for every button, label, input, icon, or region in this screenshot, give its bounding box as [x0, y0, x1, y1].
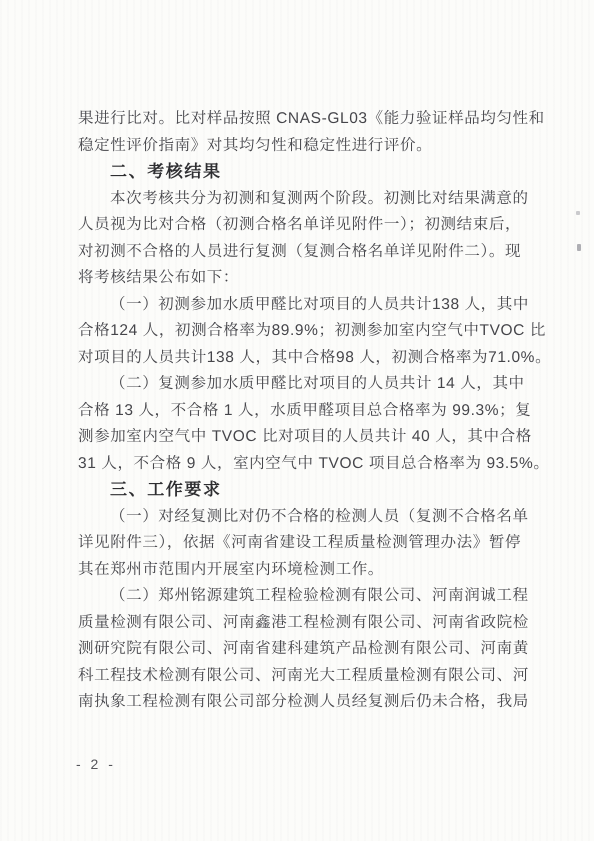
- text-line-2: 稳定性评价指南》对其均匀性和稳定性进行评价。: [78, 133, 540, 160]
- text-line-8: （一）初测参加水质甲醛比对项目的人员共计138 人，其中: [78, 292, 540, 319]
- text-line-21: 测研究院有限公司、河南省建科建筑产品检测有限公司、河南黄: [78, 636, 540, 663]
- scan-artifact: [576, 211, 580, 215]
- text-line-14: 31 人，不合格 9 人，室内空气中 TVOC 项目总合格率为 93.5%。: [78, 451, 540, 478]
- scan-artifact: [577, 244, 581, 251]
- text-line-23: 南执象工程检测有限公司部分检测人员经复测后仍未合格，我局: [78, 689, 540, 716]
- document-body: 果进行比对。比对样品按照 CNAS-GL03《能力验证样品均匀性和稳定性评价指南…: [78, 106, 540, 716]
- text-line-1: 果进行比对。比对样品按照 CNAS-GL03《能力验证样品均匀性和: [78, 106, 540, 133]
- text-line-5: 人员视为比对合格（初测合格名单详见附件一）；初测结束后，: [78, 212, 540, 239]
- section-heading: 二、考核结果: [78, 159, 540, 186]
- text-line-18: 其在郑州市范围内开展室内环境检测工作。: [78, 557, 540, 584]
- text-line-10: 对项目的人员共计138 人，其中合格98 人，初测合格率为71.0%。: [78, 345, 540, 372]
- section-heading: 三、工作要求: [78, 477, 540, 504]
- text-line-20: 质量检测有限公司、河南鑫港工程检测有限公司、河南省政院检: [78, 610, 540, 637]
- page-number: - 2 -: [76, 756, 116, 772]
- text-line-6: 对初测不合格的人员进行复测（复测合格名单详见附件二）。现: [78, 239, 540, 266]
- text-line-12: 合格 13 人，不合格 1 人，水质甲醛项目总合格率为 99.3%；复: [78, 398, 540, 425]
- text-line-17: 详见附件三），依据《河南省建设工程质量检测管理办法》暂停: [78, 530, 540, 557]
- text-line-13: 测参加室内空气中 TVOC 比对项目的人员共计 40 人，其中合格: [78, 424, 540, 451]
- document-page: 果进行比对。比对样品按照 CNAS-GL03《能力验证样品均匀性和稳定性评价指南…: [0, 0, 594, 841]
- text-line-22: 科工程技术检测有限公司、河南光大工程质量检测有限公司、河: [78, 663, 540, 690]
- text-line-11: （二）复测参加水质甲醛比对项目的人员共计 14 人，其中: [78, 371, 540, 398]
- text-line-4: 本次考核共分为初测和复测两个阶段。初测比对结果满意的: [78, 186, 540, 213]
- text-line-19: （二）郑州铭源建筑工程检验检测有限公司、河南润诚工程: [78, 583, 540, 610]
- text-line-7: 将考核结果公布如下：: [78, 265, 540, 292]
- text-line-16: （一）对经复测比对仍不合格的检测人员（复测不合格名单: [78, 504, 540, 531]
- text-line-9: 合格124 人，初测合格率为89.9%；初测参加室内空气中TVOC 比: [78, 318, 540, 345]
